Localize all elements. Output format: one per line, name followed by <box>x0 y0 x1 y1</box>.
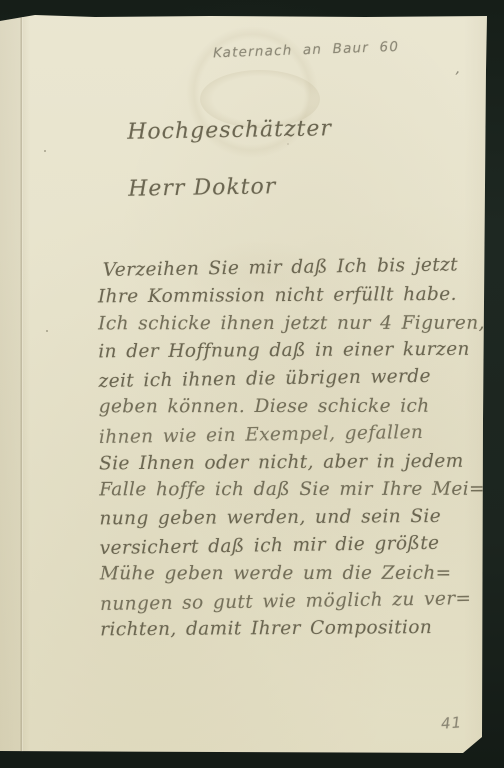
handwritten-line: nungen so gutt wie möglich zu ver= <box>100 585 480 619</box>
pencil-mark: ’ <box>452 68 459 86</box>
handwritten-line: Verzeihen Sie mir daß Ich bis jetzt <box>103 251 478 285</box>
letter-page: Katernach an Baur 60 ’ Hochgeschätzter H… <box>0 0 504 768</box>
handwritten-line: Mühe geben werde um die Zeich= <box>100 559 480 587</box>
handwritten-line: richten, damit Ihrer Composition <box>100 614 480 644</box>
handwritten-line: geben können. Diese schicke ich <box>99 393 479 421</box>
salutation-block: Hochgeschätzter Herr Doktor <box>127 116 334 234</box>
salutation-line: Herr Doktor <box>128 173 334 234</box>
salutation-line: Hochgeschätzter <box>127 116 333 177</box>
handwritten-line: Ich schicke ihnen jetzt nur 4 Figuren, <box>98 309 478 337</box>
photographed-letter: { "colors": { "mat_background": "#1d2620… <box>0 0 504 768</box>
ink-speck <box>44 150 46 152</box>
ink-speck <box>46 330 48 332</box>
handwritten-line: nung geben werden, und sein Sie <box>99 503 479 533</box>
paper-fold-crease <box>20 15 23 752</box>
handwritten-line: ihnen wie ein Exempel, gefallen <box>99 418 479 452</box>
page-number: 41 <box>440 713 462 732</box>
letter-body: Verzeihen Sie mir daß Ich bis jetzt Ihre… <box>98 253 481 645</box>
handwritten-line: zeit ich ihnen die übrigen werde <box>98 362 478 396</box>
handwritten-line: versichert daß ich mir die größte <box>99 529 479 563</box>
archival-pencil-note: Katernach an Baur 60 <box>213 37 463 62</box>
handwritten-line: Sie Ihnen oder nicht, aber in jedem <box>99 447 479 477</box>
handwritten-line: Ihre Kommission nicht erfüllt habe. <box>98 280 478 310</box>
handwritten-line: Falle hoffe ich daß Sie mir Ihre Mei= <box>99 476 479 504</box>
